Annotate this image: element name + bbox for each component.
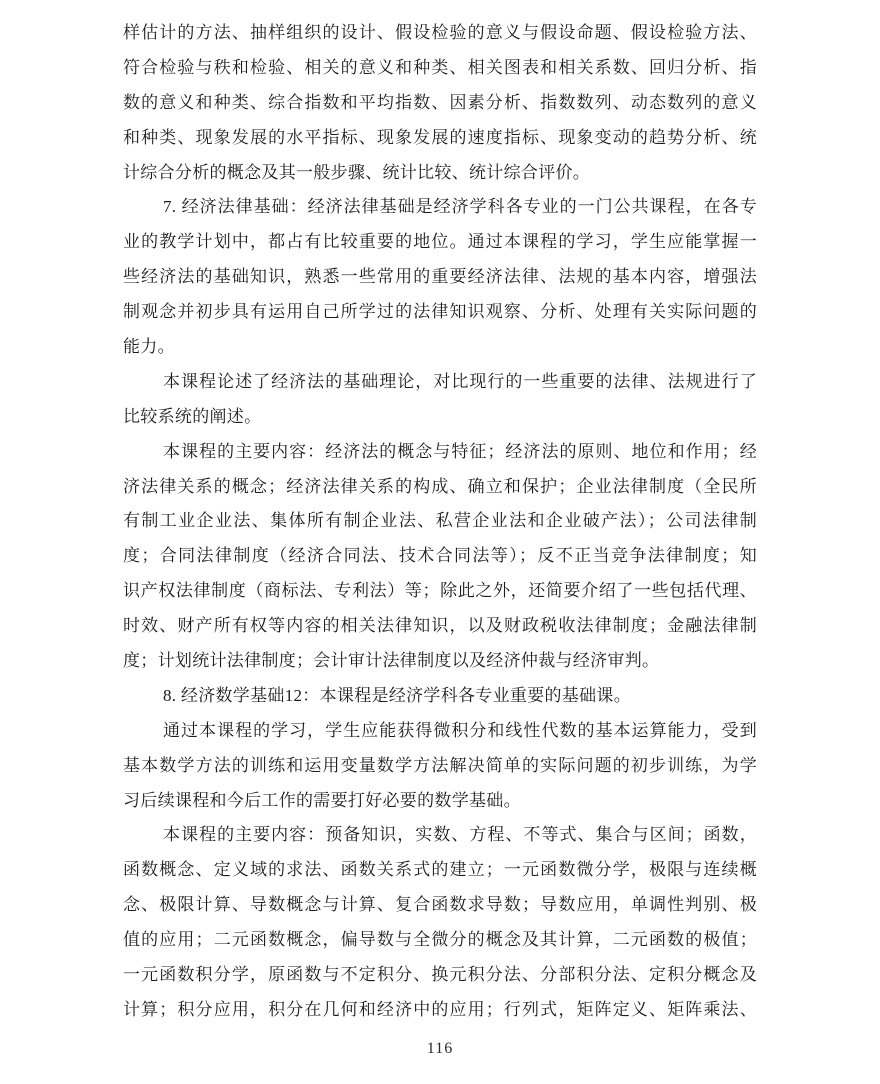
text-line: 业的教学计划中，都占有比较重要的地位。通过本课程的学习，学生应能掌握一 xyxy=(123,225,757,260)
text-line: 一元函数积分学，原函数与不定积分、换元积分法、分部积分法、定积分概念及 xyxy=(123,958,757,993)
text-line: 本课程论述了经济法的基础理论，对比现行的一些重要的法律、法规进行了 xyxy=(123,365,757,400)
text-line: 本课程的主要内容：预备知识，实数、方程、不等式、集合与区间；函数， xyxy=(123,818,757,853)
text-line: 济法律关系的概念；经济法律关系的构成、确立和保护；企业法律制度（全民所 xyxy=(123,470,757,505)
text-line: 8. 经济数学基础12：本课程是经济学科各专业重要的基础课。 xyxy=(123,679,757,714)
text-line: 制观念并初步具有运用自己所学过的法律知识观察、分析、处理有关实际问题的 xyxy=(123,295,757,330)
text-line: 基本数学方法的训练和运用变量数学方法解决简单的实际问题的初步训练，为学 xyxy=(123,749,757,784)
text-line: 比较系统的阐述。 xyxy=(123,400,757,435)
text-line: 时效、财产所有权等内容的相关法律知识，以及财政税收法律制度；金融法律制 xyxy=(123,609,757,644)
text-line: 些经济法的基础知识，熟悉一些常用的重要经济法律、法规的基本内容，增强法 xyxy=(123,260,757,295)
text-line: 识产权法律制度（商标法、专利法）等；除此之外，还简要介绍了一些包括代理、 xyxy=(123,574,757,609)
text-line: 样估计的方法、抽样组织的设计、假设检验的意义与假设命题、假设检验方法、 xyxy=(123,16,757,51)
text-line: 有制工业企业法、集体所有制企业法、私营企业法和企业破产法）；公司法律制 xyxy=(123,504,757,539)
text-line: 念、极限计算、导数概念与计算、复合函数求导数；导数应用，单调性判别、极 xyxy=(123,888,757,923)
text-line: 本课程的主要内容：经济法的概念与特征；经济法的原则、地位和作用；经 xyxy=(123,435,757,470)
text-line: 度；合同法律制度（经济合同法、技术合同法等）；反不正当竞争法律制度；知 xyxy=(123,539,757,574)
text-line: 能力。 xyxy=(123,330,757,365)
text-line: 计综合分析的概念及其一般步骤、统计比较、统计综合评价。 xyxy=(123,156,757,191)
document-page: 样估计的方法、抽样组织的设计、假设检验的意义与假设命题、假设检验方法、符合检验与… xyxy=(0,0,880,1084)
text-line: 习后续课程和今后工作的需要打好必要的数学基础。 xyxy=(123,784,757,819)
text-line: 值的应用；二元函数概念，偏导数与全微分的概念及其计算，二元函数的极值； xyxy=(123,923,757,958)
text-line: 通过本课程的学习，学生应能获得微积分和线性代数的基本运算能力，受到 xyxy=(123,714,757,749)
text-line: 7. 经济法律基础：经济法律基础是经济学科各专业的一门公共课程，在各专 xyxy=(123,190,757,225)
text-line: 度；计划统计法律制度；会计审计法律制度以及经济仲裁与经济审判。 xyxy=(123,644,757,679)
page-body-text: 样估计的方法、抽样组织的设计、假设检验的意义与假设命题、假设检验方法、符合检验与… xyxy=(123,16,757,1028)
text-line: 和种类、现象发展的水平指标、现象发展的速度指标、现象变动的趋势分析、统 xyxy=(123,121,757,156)
text-line: 符合检验与秩和检验、相关的意义和种类、相关图表和相关系数、回归分析、指 xyxy=(123,51,757,86)
page-number: 116 xyxy=(0,1040,880,1058)
text-line: 计算；积分应用，积分在几何和经济中的应用；行列式，矩阵定义、矩阵乘法、 xyxy=(123,993,757,1028)
text-line: 数的意义和种类、综合指数和平均指数、因素分析、指数数列、动态数列的意义 xyxy=(123,86,757,121)
text-line: 函数概念、定义域的求法、函数关系式的建立；一元函数微分学，极限与连续概 xyxy=(123,853,757,888)
